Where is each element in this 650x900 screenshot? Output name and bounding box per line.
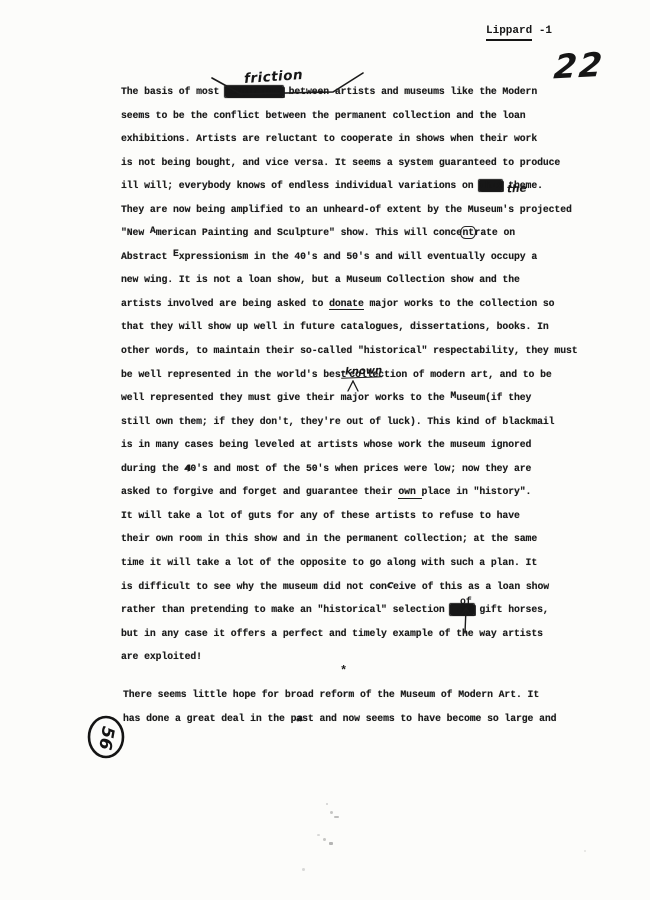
typed-raised-segment: A <box>150 225 156 236</box>
typed-text-segment: time it will take a lot of the opposite … <box>121 557 537 568</box>
typed-text-segment: xpressionism in the 40's and 50's and wi… <box>179 251 537 262</box>
typed-text-segment: is not being bought, and vice versa. It … <box>121 157 560 168</box>
typed-underline-segment: own <box>398 486 421 499</box>
typescript-line: They are now being amplified to an unhea… <box>121 204 578 228</box>
typescript-line: new wing. It is not a loan show, but a M… <box>121 274 578 298</box>
typescript-line: has done a great deal in the past and no… <box>123 713 556 737</box>
typed-text-segment: rate on <box>475 227 515 238</box>
typed-text-segment: is in many cases being leveled at artist… <box>121 439 531 450</box>
typed-text-segment: major works to the collection so <box>364 298 555 309</box>
typed-raised-segment: M <box>450 390 456 401</box>
circled-margin-number: 56 <box>84 712 130 764</box>
typescript-line: is in many cases being leveled at artist… <box>121 439 578 463</box>
typed-text-segment: seems to be the conflict between the per… <box>121 110 526 121</box>
typed-underline-segment: donate <box>329 298 364 311</box>
typed-text-segment: "New <box>121 227 150 238</box>
running-head-author: Lippard <box>486 25 532 41</box>
scan-speck <box>302 868 305 871</box>
typescript-line: but in any case it offers a perfect and … <box>121 628 578 652</box>
typed-text-segment: place in "history". <box>422 486 532 497</box>
typed-raised-segment: E <box>173 248 179 259</box>
scan-speck <box>329 842 333 845</box>
scan-speck <box>584 850 586 852</box>
typed-inserted-segment: c <box>386 579 393 592</box>
typed-text-segment: but in any case it offers a perfect and … <box>121 628 543 639</box>
scan-speck <box>326 803 328 805</box>
typed-text-segment: useum(if they <box>456 392 531 403</box>
typescript-line: other words, to maintain their so-called… <box>121 345 578 369</box>
typed-text-segment: well represented they must give their ma… <box>121 392 450 403</box>
typed-text-segment: has done a great deal in the p <box>123 713 296 724</box>
typescript-line: time it will take a lot of the opposite … <box>121 557 578 581</box>
of-caret-icon <box>460 607 472 635</box>
handwritten-the-annotation: the <box>507 182 527 195</box>
typed-text-segment: their own room in this show and in the p… <box>121 533 537 544</box>
typed-text-segment: ill will; everybody knows of endless ind… <box>121 180 479 191</box>
typescript-line: Abstract Expressionism in the 40's and 5… <box>121 251 578 275</box>
scan-speck <box>330 811 333 814</box>
typed-text-segment: eive of this as a loan show <box>393 581 549 592</box>
typescript-line: exhibitions. Artists are reluctant to co… <box>121 133 578 157</box>
typed-of-correction: of <box>460 596 472 607</box>
typed-text-segment: They are now being amplified to an unhea… <box>121 204 572 215</box>
asterisk-separator: * <box>340 664 347 678</box>
typescript-line: seems to be the conflict between the per… <box>121 110 578 134</box>
typed-text-segment: that they will show up well in future ca… <box>121 321 549 332</box>
typescript-line: that they will show up well in future ca… <box>121 321 578 345</box>
known-caret-icon <box>347 380 359 392</box>
typed-text-segment: 0's and most of the 50's when prices wer… <box>190 463 531 474</box>
typescript-line: are exploited! <box>121 651 578 675</box>
typed-text-segment: Abstract <box>121 251 173 262</box>
paragraph-2: There seems little hope for broad reform… <box>123 689 556 736</box>
running-head-page-suffix: -1 <box>532 25 552 37</box>
typed-text-segment: are exploited! <box>121 651 202 662</box>
typescript-line: their own room in this show and in the p… <box>121 533 578 557</box>
handwritten-page-number: 22 <box>552 45 605 87</box>
scan-speck <box>317 834 320 836</box>
typed-text-segment: rather than pretending to make an "histo… <box>121 604 450 615</box>
typescript-line: "New American Painting and Sculpture" sh… <box>121 227 578 251</box>
typed-text-segment: other words, to maintain their so-called… <box>121 345 578 356</box>
handwritten-known-annotation: -known <box>341 365 383 378</box>
typescript-line: rather than pretending to make an "histo… <box>121 604 578 628</box>
typed-text-segment: asked to forgive and forget and guarante… <box>121 486 398 497</box>
typescript-line: asked to forgive and forget and guarante… <box>121 486 578 510</box>
typescript-line: There seems little hope for broad reform… <box>123 689 556 713</box>
typescript-line: It will take a lot of guts for any of th… <box>121 510 578 534</box>
typed-blackout-segment: this <box>479 180 502 191</box>
typescript-line: during the 40's and most of the 50's whe… <box>121 463 578 487</box>
typed-text-segment: during the <box>121 463 185 474</box>
running-head: Lippard -1 <box>486 25 552 37</box>
typed-text-segment: artists involved are being asked to <box>121 298 329 309</box>
typed-text-segment: exhibitions. Artists are reluctant to co… <box>121 133 537 144</box>
typed-text-segment: It will take a lot of guts for any of th… <box>121 510 520 521</box>
typed-text-segment: is difficult to see why the museum did n… <box>121 581 387 592</box>
friction-insertion-marks <box>205 68 375 104</box>
typescript-line: is not being bought, and vice versa. It … <box>121 157 578 181</box>
typed-text-segment: st and now seems to have become so large… <box>302 713 556 724</box>
typescript-line: well represented they must give their ma… <box>121 392 578 416</box>
scan-speck <box>323 838 326 841</box>
typed-text-segment: merican Painting and Sculpture" show. Th… <box>156 227 462 238</box>
typed-text-segment: still own them; if they don't, they're o… <box>121 416 554 427</box>
typescript-line: artists involved are being asked to dona… <box>121 298 578 322</box>
typed-text-segment: be well represented in the world's best <box>121 369 346 380</box>
typescript-line: is difficult to see why the museum did n… <box>121 580 578 604</box>
typed-text-segment: There seems little hope for broad reform… <box>123 689 539 700</box>
typed-text-segment: gift horses, <box>474 604 549 615</box>
typed-text-segment: new wing. It is not a loan show, but a M… <box>121 274 520 285</box>
margin-number-text: 56 <box>94 725 118 752</box>
scan-speck <box>334 816 339 818</box>
typescript-line: still own them; if they don't, they're o… <box>121 416 578 440</box>
typescript-page: Lippard -1 22 The basis of most complain… <box>0 0 650 900</box>
